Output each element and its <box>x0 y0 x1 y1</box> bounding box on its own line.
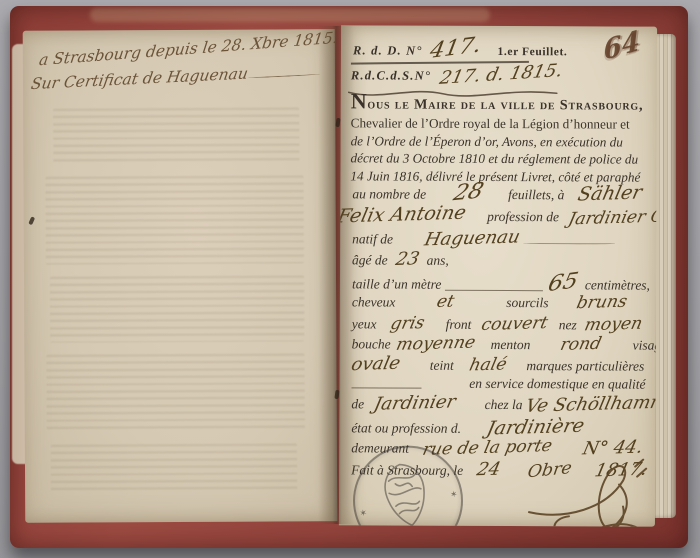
label-au-nombre-de: au nombre de <box>352 186 426 202</box>
registry-feuillet-label: 1.er Feuillet. <box>498 46 568 58</box>
label-visage: visage <box>633 338 658 354</box>
bleedthrough-block <box>46 353 304 432</box>
ink-speck <box>28 216 35 225</box>
label-ans: ans, <box>427 253 449 269</box>
form-line-bouche-menton: bouche moyenne menton rond visage <box>352 335 650 353</box>
blank-rule <box>445 289 542 291</box>
registry-row-2: R.d.C.d.S.N° 217. d. 1815. <box>351 65 562 84</box>
value-front: couvert <box>479 315 549 334</box>
label-profession-de: profession de <box>487 209 559 225</box>
paragraph-line-maire: Nous le Maire de la ville de Strasbourg, <box>351 91 647 115</box>
value-etat-profession: Jardinière <box>485 417 586 439</box>
label-sourcils: sourcils <box>506 295 548 311</box>
label-de: de <box>351 396 364 412</box>
value-jour: 24 <box>475 461 502 480</box>
value-nom-famille: Sähler <box>576 184 644 205</box>
label-menton: menton <box>491 337 531 353</box>
stamp-star-icon: ✶ <box>449 488 459 500</box>
value-lieu-naissance: Haguenau <box>423 228 522 249</box>
form-line-taille: taille d’un mètre 65 centimètres, <box>352 271 650 294</box>
value-prenom: Felix Antoine <box>339 204 468 227</box>
label-front: front <box>446 317 472 333</box>
bleedthrough-block <box>53 107 299 164</box>
value-profession: Jardinier Cultivateur <box>566 206 657 228</box>
value-nez: moyen <box>583 316 644 335</box>
paragraph-line: décret du 3 Octobre 1810 et du réglement… <box>350 150 646 169</box>
form-line-feuillets: au nombre de 28 feuillets, à Sähler <box>352 181 650 204</box>
value-visage: ovale <box>349 355 401 374</box>
label-yeux: yeux <box>352 316 377 332</box>
blank-rule <box>352 386 422 388</box>
bleedthrough-block <box>51 443 297 492</box>
stamp-star-icon: ✶ <box>359 507 369 519</box>
label-taille: taille d’un mètre <box>352 276 442 292</box>
value-menton: rond <box>558 336 602 354</box>
stamp-emblem-crest <box>369 455 442 527</box>
label-age-de: âgé de <box>352 252 388 268</box>
registry-value-217-1815: 217. d. 1815. <box>438 62 564 88</box>
registry-value-417: 417. <box>428 35 483 63</box>
left-page: a Strasbourg depuis le 28. Xbre 1815. Su… <box>23 29 338 523</box>
cover-wear-mark <box>90 8 490 22</box>
label-en-service-domestique: en service domestique en qualité <box>469 376 645 393</box>
label-bouche: bouche <box>352 336 391 352</box>
value-teint: halé <box>468 356 509 374</box>
label-cheveux: cheveux <box>352 294 396 310</box>
label-teint: teint <box>430 358 454 374</box>
label-natif-de: natif de <box>352 231 393 247</box>
right-page: 64 R. d. D. N° 417. 1.er Feuillet. R.d.C… <box>339 25 657 526</box>
value-qualite: Jardinier <box>372 393 457 413</box>
form-line-natif: natif de Haguenau <box>352 229 650 248</box>
label-etat-ou-profession: état ou profession d. <box>351 420 461 436</box>
pen-stroke-tail <box>248 73 320 79</box>
form-line-visage-teint: ovale teint halé marques particulières <box>352 355 650 374</box>
form-line-age: âgé de 23 ans, <box>352 250 650 269</box>
bleedthrough-block <box>45 175 303 264</box>
label-marques-particulieres: marques particulières <box>526 358 644 375</box>
value-employeur: Ve Schöllhammer <box>524 393 657 416</box>
decree-paragraph: Nous le Maire de la ville de Strasbourg,… <box>350 91 646 186</box>
form-line-qualite-chez: de Jardinier chez la Ve Schöllhammer <box>351 394 649 413</box>
paragraph-line: de l’Ordre de l’Éperon d’or, Avons, en e… <box>351 132 647 151</box>
form-line-prenom-profession: Felix Antoine profession de Jardinier Cu… <box>339 205 650 225</box>
value-bouche: moyenne <box>395 335 477 354</box>
label-chez-la: chez la <box>485 397 523 413</box>
registry-label-rdcdsn: R.d.C.d.S.N° <box>351 68 431 83</box>
value-cheveux: et <box>435 294 456 311</box>
registry-row-1: R. d. D. N° 417. 1.er Feuillet. <box>353 37 568 60</box>
form-line-cheveux: cheveux et sourcils bruns <box>352 293 650 311</box>
scanned-book: a Strasbourg depuis le 28. Xbre 1815. Su… <box>0 0 700 558</box>
registry-label-rddn: R. d. D. N° <box>353 43 423 58</box>
form-line-service: en service domestique en qualité <box>351 375 649 392</box>
value-age: 23 <box>394 250 421 269</box>
value-centimetres: 65 <box>546 271 580 297</box>
mayor-signature <box>511 450 653 527</box>
form-line-etat-profession: état ou profession d. Jardinière <box>351 417 649 437</box>
pen-stroke-tail <box>523 242 615 244</box>
label-feuillets-a: feuillets, à <box>508 187 564 203</box>
corner-scribble-mark: 64 <box>603 25 641 67</box>
paragraph-line: Chevalier de l’Ordre royal de la Légion … <box>351 114 647 133</box>
value-yeux: gris <box>389 315 426 333</box>
inscription-text-2: Sur Certificat de Haguenau <box>30 64 250 93</box>
value-sourcils: bruns <box>574 294 628 312</box>
label-nez: nez <box>559 317 577 333</box>
form-line-yeux-front-nez: yeux gris front couvert nez moyen <box>352 315 650 333</box>
bleedthrough-block <box>50 275 304 342</box>
